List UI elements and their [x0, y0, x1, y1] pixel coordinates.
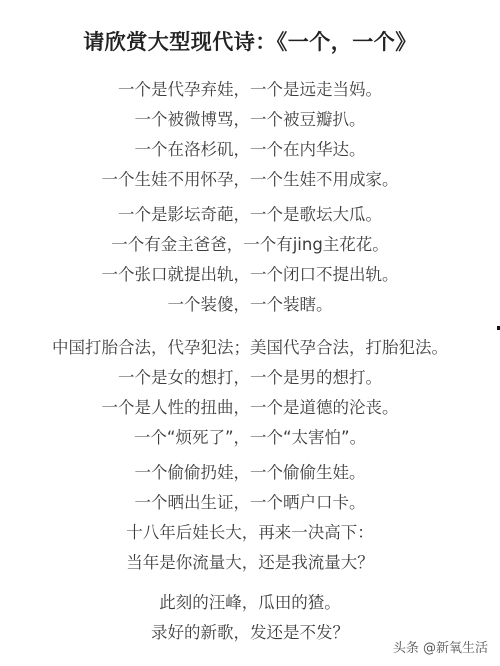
poem-line: 一个被微博骂，一个被豆瓣扒。: [0, 105, 500, 135]
poem-line: 十八年后娃长大，再来一决高下：: [0, 518, 500, 548]
poem-line: 一个装傻，一个装瞎。: [0, 290, 500, 320]
poem-line: 一个张口就提出轨，一个闭口不提出轨。: [0, 260, 500, 290]
poem-line: 一个是女的想打，一个是男的想打。: [0, 363, 500, 393]
poem-line: 一个在洛杉矶，一个在内华达。: [0, 135, 500, 165]
stanza-3: 中国打胎合法，代孕犯法；美国代孕合法，打胎犯法。 一个是女的想打，一个是男的想打…: [0, 333, 500, 453]
poem-line: 一个是影坛奇葩，一个是歌坛大瓜。: [0, 200, 500, 230]
poem-line: 一个“烦死了”，一个“太害怕”。: [0, 423, 500, 453]
poem-line: 一个偷偷扔娃，一个偷偷生娃。: [0, 458, 500, 488]
poem-line: 一个是人性的扭曲，一个是道德的沦丧。: [0, 393, 500, 423]
poem-line: 一个有金主爸爸，一个有jing主花花。: [0, 230, 500, 260]
stanza-1: 一个是代孕弃娃，一个是远走当妈。 一个被微博骂，一个被豆瓣扒。 一个在洛杉矶，一…: [0, 75, 500, 195]
poem-line: 此刻的汪峰，瓜田的猹。: [0, 588, 500, 618]
poem-line: 一个是代孕弃娃，一个是远走当妈。: [0, 75, 500, 105]
poem-line: 一个生娃不用怀孕，一个生娃不用成家。: [0, 165, 500, 195]
poem-line: 中国打胎合法，代孕犯法；美国代孕合法，打胎犯法。: [0, 333, 500, 363]
poem-line: 当年是你流量大，还是我流量大？: [0, 548, 500, 578]
stanza-2: 一个是影坛奇葩，一个是歌坛大瓜。 一个有金主爸爸，一个有jing主花花。 一个张…: [0, 200, 500, 320]
stanza-4: 一个偷偷扔娃，一个偷偷生娃。 一个晒出生证，一个晒户口卡。 十八年后娃长大，再来…: [0, 458, 500, 578]
poem-title: 请欣赏大型现代诗：《一个，一个》: [0, 26, 500, 56]
poem-line: 一个晒出生证，一个晒户口卡。: [0, 488, 500, 518]
watermark: 头条 @新氧生活: [393, 637, 488, 656]
